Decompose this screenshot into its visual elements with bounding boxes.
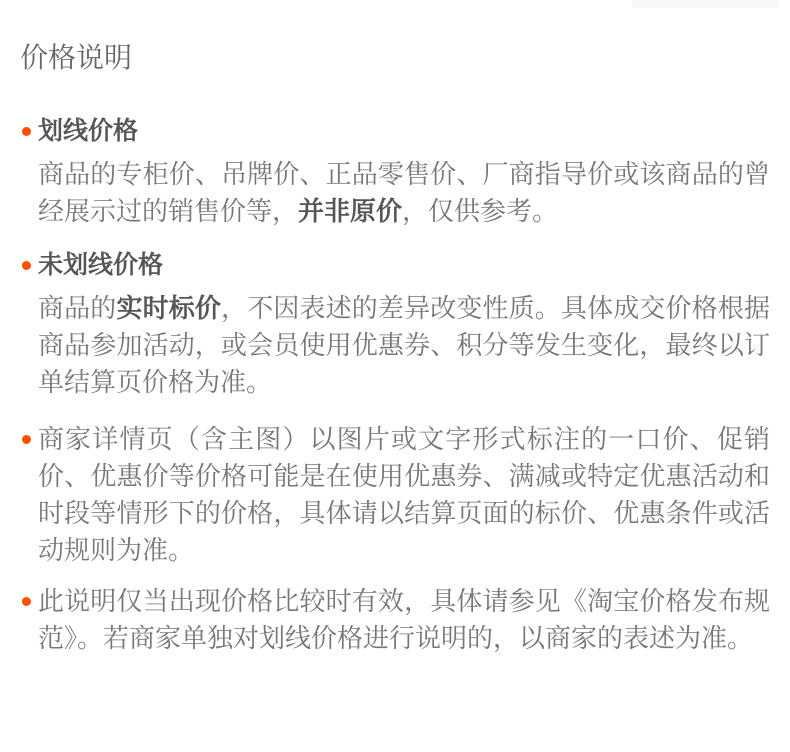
top-edge-artifact [632, 0, 778, 8]
price-note-section-merchant-detail: 商家详情页（含主图）以图片或文字形式标注的一口价、促销价、优惠价等价格可能是在使… [20, 421, 770, 569]
bullet-dot-icon [22, 127, 31, 136]
price-note-section-unstruck-price: 未划线价格 商品的实时标价，不因表述的差异改变性质。具体成交价格根据商品参加活动… [20, 248, 770, 401]
section-paragraph: 商家详情页（含主图）以图片或文字形式标注的一口价、促销价、优惠价等价格可能是在使… [38, 421, 770, 569]
text-run: ，仅供参考。 [402, 196, 558, 226]
bullet-dot-icon [22, 435, 31, 444]
emphasis-text: 实时标价 [116, 293, 221, 323]
bullet-dot-icon [22, 261, 31, 270]
page-title: 价格说明 [20, 40, 770, 76]
text-run: 此说明仅当出现价格比较时有效，具体请参见《淘宝价格发布规范》。若商家单独对划线价… [38, 586, 770, 653]
emphasis-text: 并非原价 [298, 196, 402, 226]
price-note-section-strikethrough-price: 划线价格 商品的专柜价、吊牌价、正品零售价、厂商指导价或该商品的曾经展示过的销售… [20, 114, 770, 230]
price-note-section-validity: 此说明仅当出现价格比较时有效，具体请参见《淘宝价格发布规范》。若商家单独对划线价… [20, 583, 770, 657]
price-notes-panel: 价格说明 划线价格 商品的专柜价、吊牌价、正品零售价、厂商指导价或该商品的曾经展… [0, 0, 790, 752]
section-paragraph: 商品的实时标价，不因表述的差异改变性质。具体成交价格根据商品参加活动，或会员使用… [38, 290, 770, 401]
section-paragraph: 此说明仅当出现价格比较时有效，具体请参见《淘宝价格发布规范》。若商家单独对划线价… [38, 583, 770, 657]
bullet-dot-icon [22, 597, 31, 606]
section-heading: 未划线价格 [38, 248, 770, 282]
section-heading: 划线价格 [38, 114, 770, 148]
section-paragraph: 商品的专柜价、吊牌价、正品零售价、厂商指导价或该商品的曾经展示过的销售价等，并非… [38, 156, 770, 230]
text-run: 商家详情页（含主图）以图片或文字形式标注的一口价、促销价、优惠价等价格可能是在使… [38, 424, 770, 565]
text-run: 商品的 [38, 293, 116, 323]
